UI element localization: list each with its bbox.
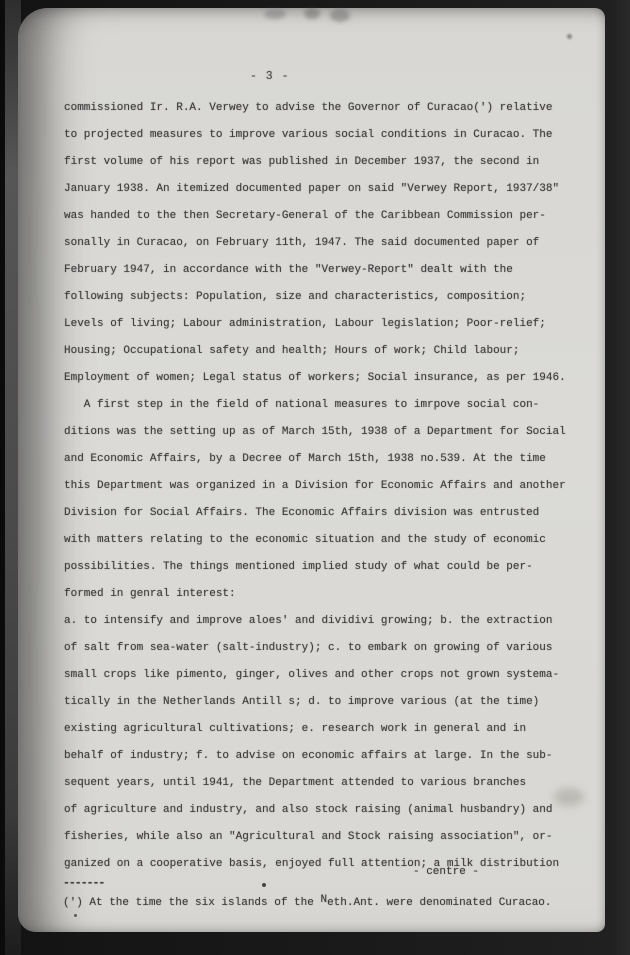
- text-line: first volume of his report was published…: [64, 149, 599, 176]
- text-line: sequent years, until 1941, the Departmen…: [64, 770, 599, 797]
- text-line: formed in genral interest:: [64, 581, 599, 608]
- text-line: January 1938. An itemized documented pap…: [64, 176, 599, 203]
- text-line: of agriculture and industry, and also st…: [64, 797, 599, 824]
- catchword: - centre -: [413, 866, 479, 878]
- text-line: and Economic Affairs, by a Decree of Mar…: [64, 446, 599, 473]
- text-line: following subjects: Population, size and…: [64, 284, 599, 311]
- text-line: a. to intensify and improve aloes' and d…: [64, 608, 599, 635]
- text-line: this Department was organized in a Divis…: [64, 473, 599, 500]
- text-line: tically in the Netherlands Antill s; d. …: [64, 689, 599, 716]
- paper-smudge: [330, 9, 350, 22]
- text-line: sonally in Curacao, on February 11th, 19…: [64, 230, 599, 257]
- text-line: was handed to the then Secretary-General…: [64, 203, 599, 230]
- ink-speck: [262, 883, 266, 887]
- text-line: behalf of industry; f. to advise on econ…: [64, 743, 599, 770]
- page-number: - 3 -: [250, 70, 290, 83]
- text-line: February 1947, in accordance with the "V…: [64, 257, 599, 284]
- body-text: commissioned Ir. R.A. Verwey to advise t…: [64, 95, 599, 878]
- text-line: fisheries, while also an "Agricultural a…: [64, 824, 599, 851]
- scanned-document-page: - 3 - commissioned Ir. R.A. Verwey to ad…: [0, 0, 630, 955]
- paper-speck: [567, 34, 572, 39]
- text-line: small crops like pimento, ginger, olives…: [64, 662, 599, 689]
- text-line: to projected measures to improve various…: [64, 122, 599, 149]
- text-line: with matters relating to the economic si…: [64, 527, 599, 554]
- text-line: Levels of living; Labour administration,…: [64, 311, 599, 338]
- footnote: (') At the time the six islands of the N…: [63, 897, 552, 909]
- text-line: ganized on a cooperative basis, enjoyed …: [64, 851, 599, 878]
- text-line: Housing; Occupational safety and health;…: [64, 338, 599, 365]
- text-line: Employment of women; Legal status of wor…: [64, 365, 599, 392]
- text-line: commissioned Ir. R.A. Verwey to advise t…: [64, 95, 599, 122]
- footnote-text-post: eth.Ant. were denominated Curacao.: [327, 897, 551, 909]
- text-line: possibilities. The things mentioned impl…: [64, 554, 599, 581]
- text-line: of salt from sea-water (salt-industry); …: [64, 635, 599, 662]
- footnote-text-pre: (') At the time the six islands of the: [63, 897, 320, 909]
- text-line: A first step in the field of national me…: [64, 392, 599, 419]
- paper-smudge: [264, 9, 286, 19]
- paper-smudge: [304, 8, 320, 19]
- ink-speck: [74, 914, 77, 917]
- text-line: Division for Social Affairs. The Economi…: [64, 500, 599, 527]
- footnote-separator: -------: [63, 877, 104, 890]
- document-page: - 3 - commissioned Ir. R.A. Verwey to ad…: [18, 8, 605, 932]
- text-line: ditions was the setting up as of March 1…: [64, 419, 599, 446]
- text-line: existing agricultural cultivations; e. r…: [64, 716, 599, 743]
- footnote-superscript: N: [320, 894, 327, 906]
